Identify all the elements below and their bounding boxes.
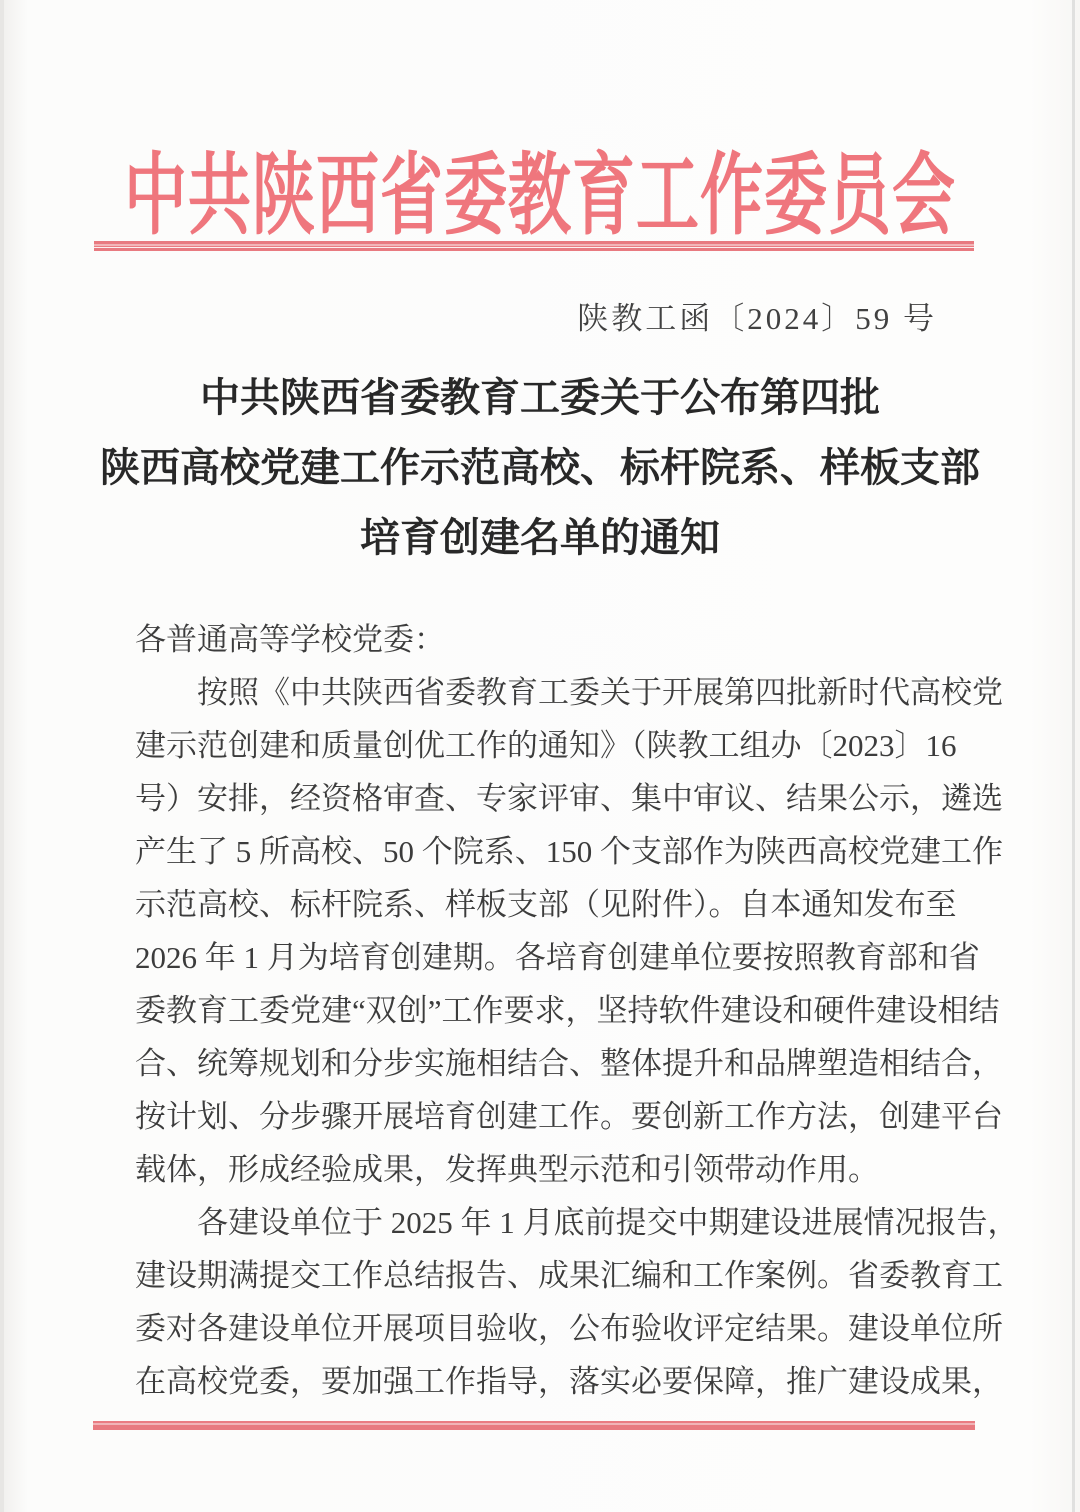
document-title: 中共陕西省委教育工委关于公布第四批 陕西高校党建工作示范高校、标杆院系、样板支部… xyxy=(0,363,1080,573)
body-line: 产生了 5 所高校、50 个院系、150 个支部作为陕西高校党建工作 xyxy=(135,825,951,878)
document-number: 陕教工函〔2024〕59 号 xyxy=(577,293,937,338)
body-line: 按照《中共陕西省委教育工委关于开展第四批新时代高校党 xyxy=(135,666,951,719)
body-line: 号）安排，经资格审查、专家评审、集中审议、结果公示，遴选 xyxy=(135,772,951,825)
body-line: 示范高校、标杆院系、样板支部（见附件）。自本通知发布至 xyxy=(135,878,951,931)
body-line: 各建设单位于 2025 年 1 月底前提交中期建设进展情况报告， xyxy=(135,1196,951,1249)
letterhead-org-name: 中共陕西省委教育工作委员会 xyxy=(0,124,1080,253)
document-body: 各普通高等学校党委： 按照《中共陕西省委教育工委关于开展第四批新时代高校党 建示… xyxy=(135,613,951,1408)
body-line: 建示范创建和质量创优工作的通知》（陕教工组办〔2023〕16 xyxy=(135,719,951,772)
body-line: 合、统筹规划和分步实施相结合、整体提升和品牌塑造相结合， xyxy=(135,1037,951,1090)
body-line: 按计划、分步骤开展培育创建工作。要创新工作方法，创建平台 xyxy=(135,1090,951,1143)
document-title-line-1: 中共陕西省委教育工委关于公布第四批 xyxy=(0,363,1080,433)
body-line: 在高校党委，要加强工作指导，落实必要保障，推广建设成果， xyxy=(135,1355,951,1408)
body-line: 载体，形成经验成果，发挥典型示范和引领带动作用。 xyxy=(135,1143,951,1196)
body-line: 建设期满提交工作总结报告、成果汇编和工作案例。省委教育工 xyxy=(135,1249,951,1302)
page-bottom-rule xyxy=(93,1421,975,1430)
document-page: 中共陕西省委教育工作委员会 陕教工函〔2024〕59 号 中共陕西省委教育工委关… xyxy=(0,0,1080,1512)
document-title-line-3: 培育创建名单的通知 xyxy=(0,503,1080,573)
body-line: 2026 年 1 月为培育创建期。各培育创建单位要按照教育部和省 xyxy=(135,931,951,984)
body-line: 委教育工委党建“双创”工作要求，坚持软件建设和硬件建设相结 xyxy=(135,984,951,1037)
salutation-line: 各普通高等学校党委： xyxy=(135,613,951,666)
body-line: 委对各建设单位开展项目验收，公布验收评定结果。建设单位所 xyxy=(135,1302,951,1355)
document-title-line-2: 陕西高校党建工作示范高校、标杆院系、样板支部 xyxy=(0,433,1080,503)
letterhead-divider-rule xyxy=(94,241,974,251)
